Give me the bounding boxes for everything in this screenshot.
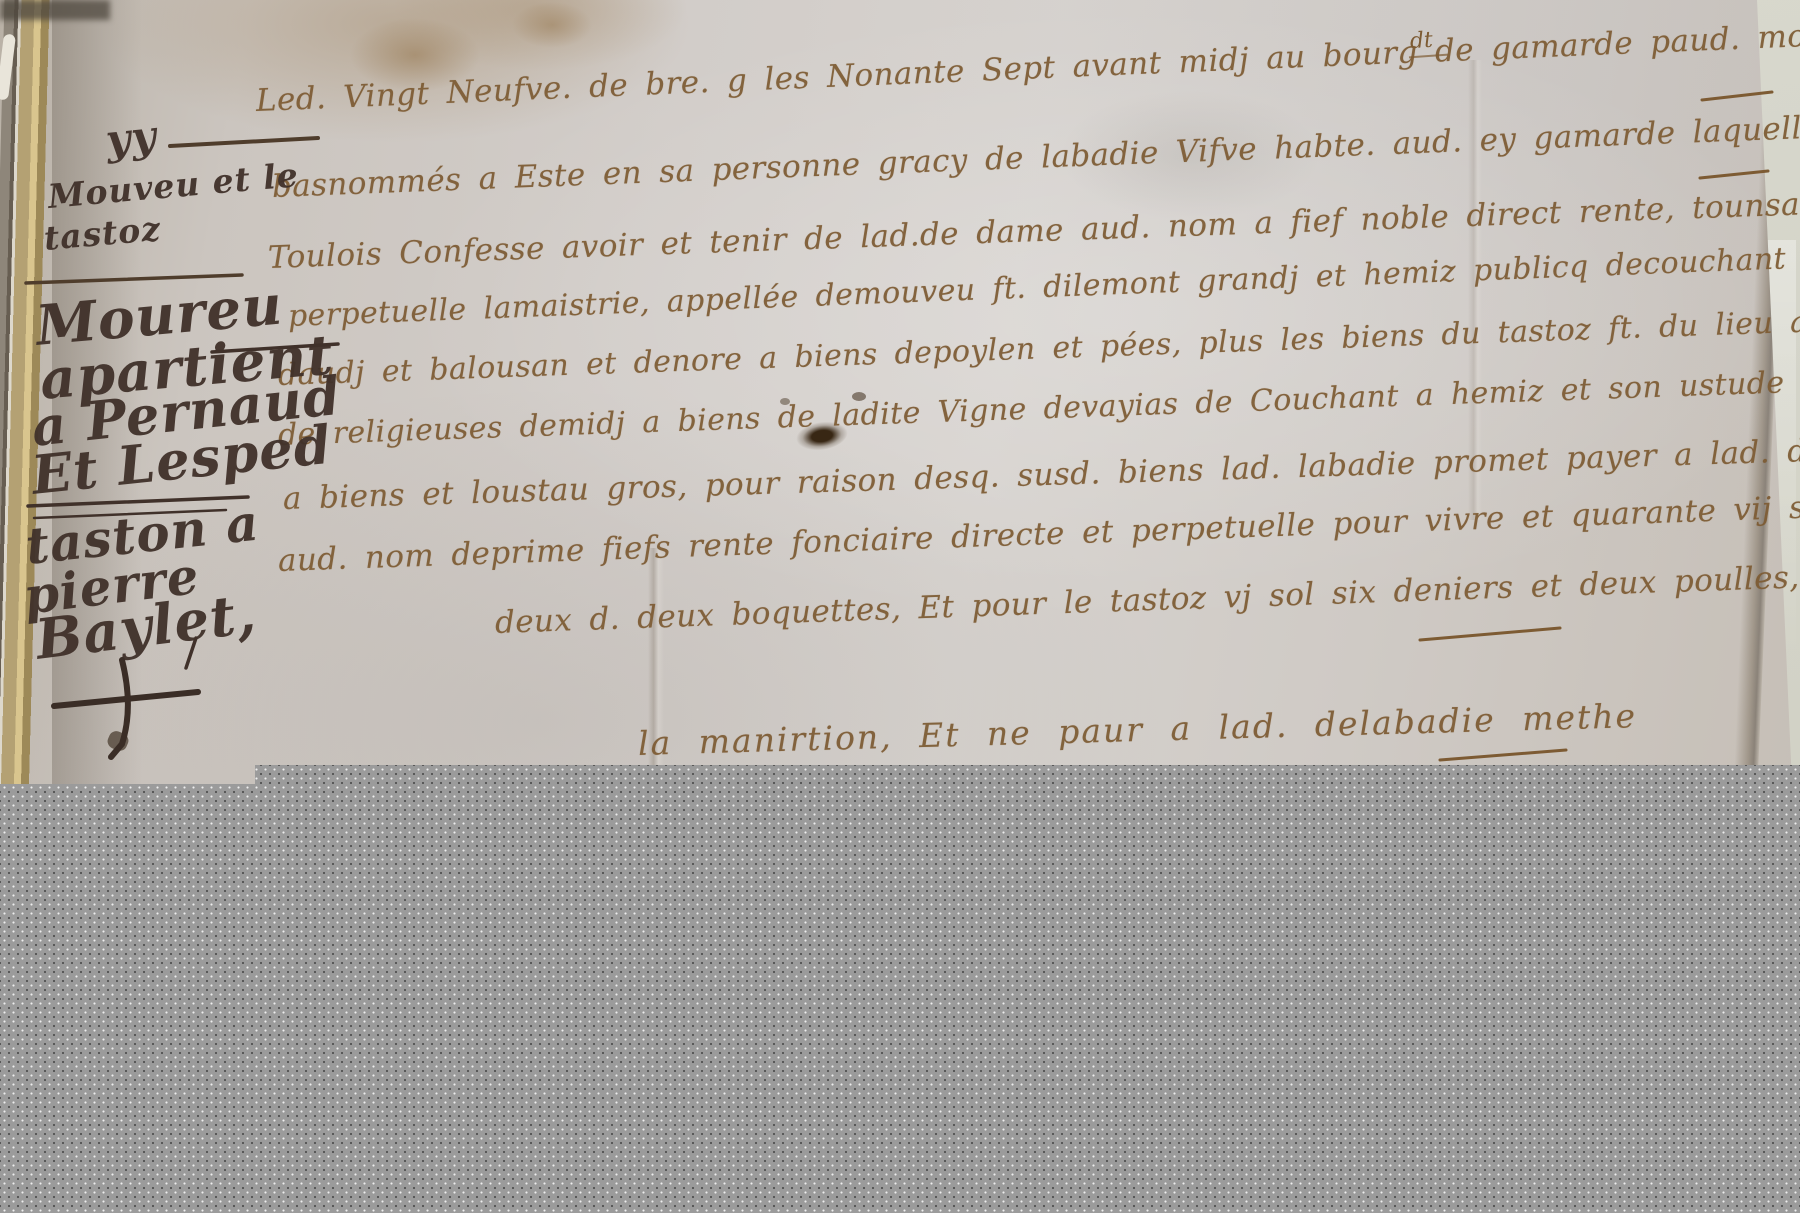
- redaction-overlay: [0, 784, 1800, 1213]
- manuscript-photo: Led. Vingt Neufve. de bre. g les Nonante…: [0, 0, 1800, 1213]
- margin-mark: yy: [104, 115, 159, 162]
- stain-top-left-2: [512, 2, 592, 48]
- redaction-overlay-step: [255, 765, 1800, 784]
- corner-shadow: [0, 0, 110, 20]
- superscript-abbreviation: dt: [1407, 27, 1448, 59]
- margin-note: tastoz: [43, 212, 163, 255]
